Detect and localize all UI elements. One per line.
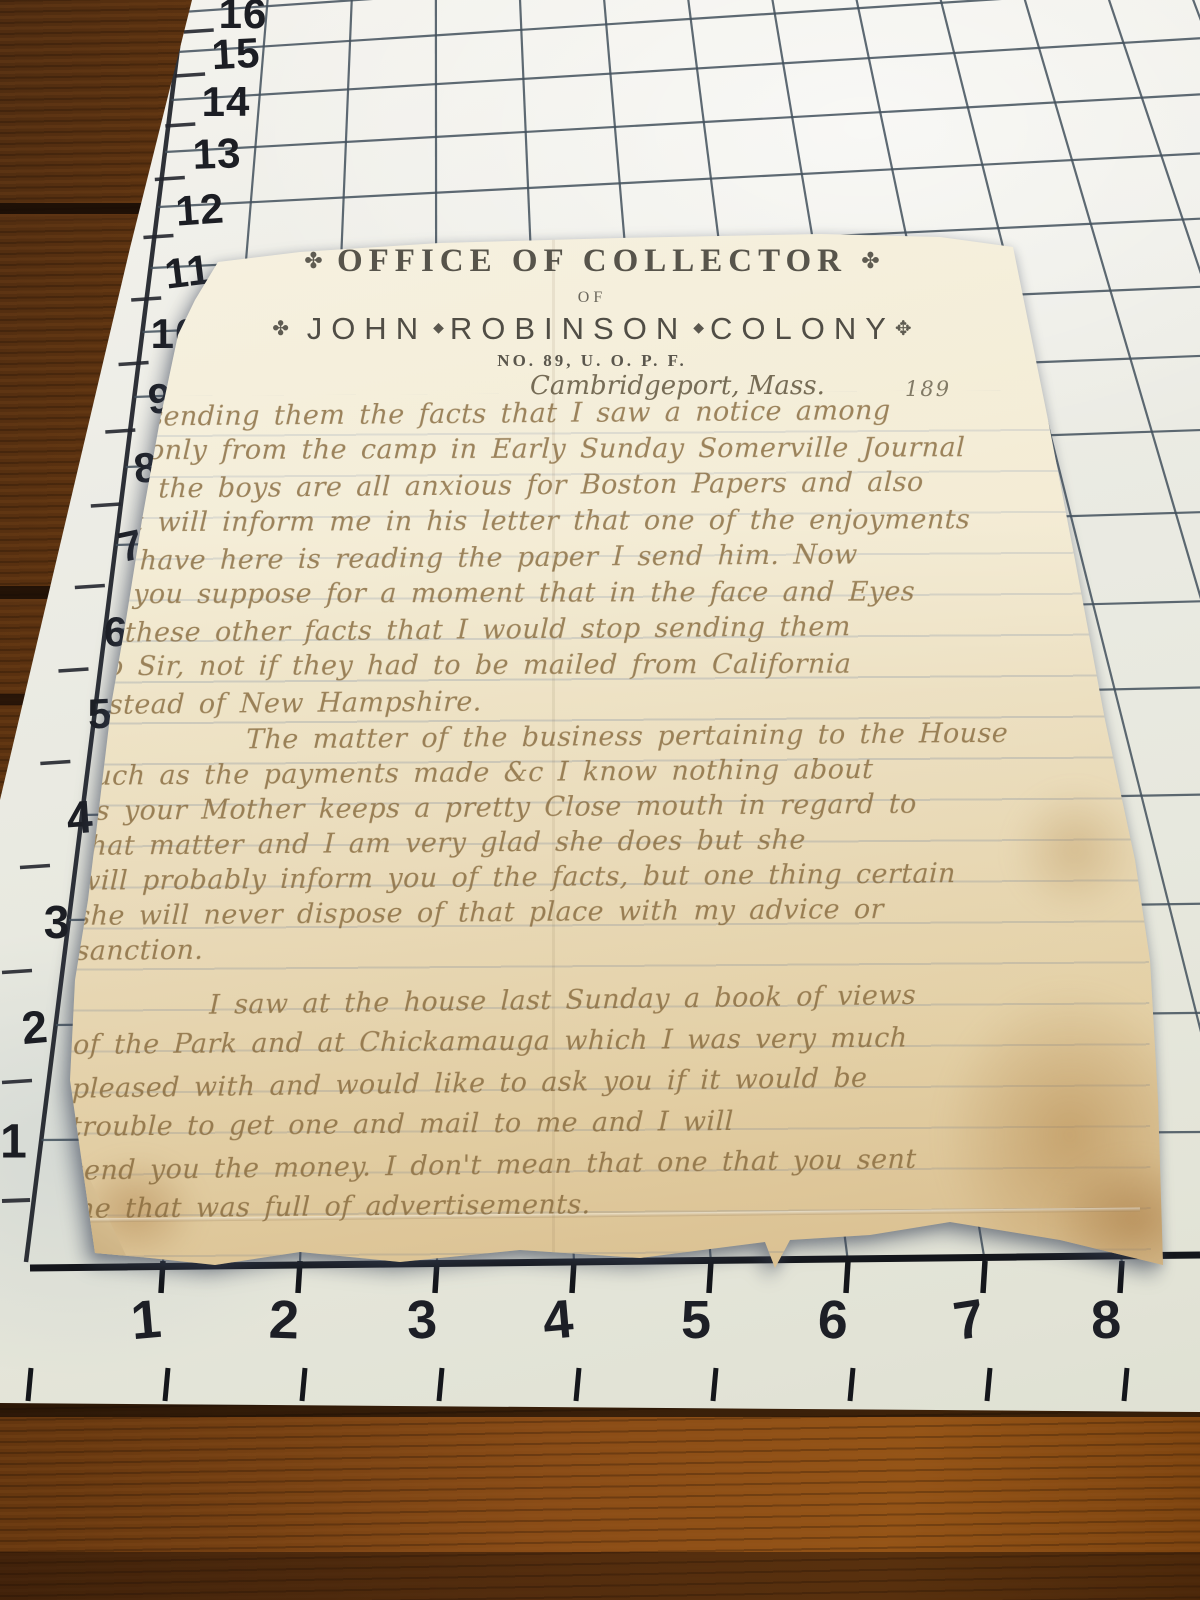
letterhead-title-text: OFFICE OF COLLECTOR: [337, 243, 847, 279]
letter-line: that the boys are all anxious for Boston…: [87, 463, 1118, 508]
org-word: COLONY: [710, 311, 895, 346]
org-word: ROBINSON: [450, 311, 687, 346]
letter-paragraph: The matter of the business pertaining to…: [75, 715, 1112, 969]
letterhead-organization: ✤ JOHN◆ROBINSON◆COLONY✥: [60, 311, 1124, 347]
letter-paragraph: I saw at the house last Sunday a book of…: [68, 975, 1105, 1230]
document-paper: ✤ OFFICE OF COLLECTOR ✤ OF ✤ JOHN◆ROBINS…: [60, 225, 1170, 1275]
letter-line: the only from the camp in Early Sunday S…: [88, 430, 1119, 470]
letterhead-lodge-number: NO. 89, U. O. P. F.: [60, 351, 1124, 371]
letter-line: do you suppose for a moment that in the …: [84, 574, 1115, 614]
letter-line: No Sir, not if they had to be mailed fro…: [82, 646, 1113, 686]
org-word: JOHN: [307, 311, 427, 346]
diamond-separator-icon: ◆: [693, 319, 704, 335]
photo-of-letter-on-measuring-board: { "ruler": { "left_labels": ["16","15","…: [0, 0, 1200, 1600]
cross-ornament-icon: ✥: [895, 316, 912, 340]
paper-shadow-wrapper: ✤ OFFICE OF COLLECTOR ✤ OF ✤ JOHN◆ROBINS…: [0, 0, 1200, 1600]
diamond-separator-icon: ◆: [433, 319, 444, 335]
fleur-ornament-icon: ✤: [272, 316, 289, 340]
letterhead-title: ✤ OFFICE OF COLLECTOR ✤: [60, 243, 1124, 280]
fleur-ornament-icon: ✤: [304, 249, 322, 274]
handwritten-letter-body: not sending them the facts that I saw a …: [68, 391, 1120, 1230]
letter-line: that will inform me in his letter that o…: [86, 502, 1117, 542]
letter-paragraph: not sending them the facts that I saw a …: [82, 391, 1121, 724]
fleur-ornament-icon: ✤: [861, 249, 879, 274]
letterhead-of: OF: [60, 289, 1124, 307]
